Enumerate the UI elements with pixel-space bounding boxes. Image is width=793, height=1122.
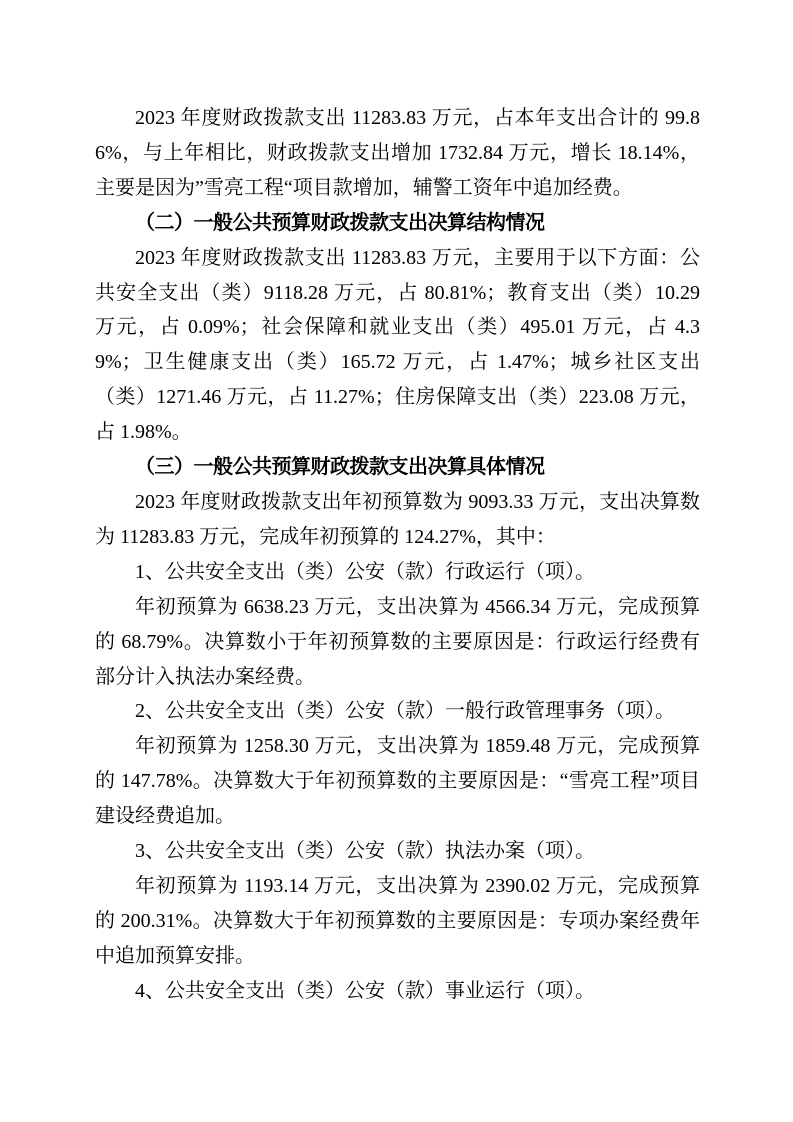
paragraph: 2023 年度财政拨款支出 11283.83 万元，主要用于以下方面：公共安全支… [95, 241, 700, 450]
paragraph: 1、公共安全支出（类）公安（款）行政运行（项）。 [95, 555, 700, 590]
paragraph: 3、公共安全支出（类）公安（款）执法办案（项）。 [95, 834, 700, 869]
section-heading: （二）一般公共预算财政拨款支出决算结构情况 [95, 206, 700, 241]
paragraph: 2023 年度财政拨款支出年初预算数为 9093.33 万元，支出决算数为 11… [95, 485, 700, 555]
paragraph: 2、公共安全支出（类）公安（款）一般行政管理事务（项）。 [95, 694, 700, 729]
section-heading: （三）一般公共预算财政拨款支出决算具体情况 [95, 450, 700, 485]
document-body: 2023 年度财政拨款支出 11283.83 万元，占本年支出合计的 99.86… [95, 101, 700, 1009]
paragraph: 年初预算为 6638.23 万元，支出决算为 4566.34 万元，完成预算的 … [95, 590, 700, 695]
paragraph: 年初预算为 1193.14 万元，支出决算为 2390.02 万元，完成预算的 … [95, 869, 700, 974]
paragraph: 2023 年度财政拨款支出 11283.83 万元，占本年支出合计的 99.86… [95, 101, 700, 206]
document-page: 2023 年度财政拨款支出 11283.83 万元，占本年支出合计的 99.86… [0, 0, 793, 1122]
paragraph: 4、公共安全支出（类）公安（款）事业运行（项）。 [95, 974, 700, 1009]
paragraph: 年初预算为 1258.30 万元，支出决算为 1859.48 万元，完成预算的 … [95, 729, 700, 834]
